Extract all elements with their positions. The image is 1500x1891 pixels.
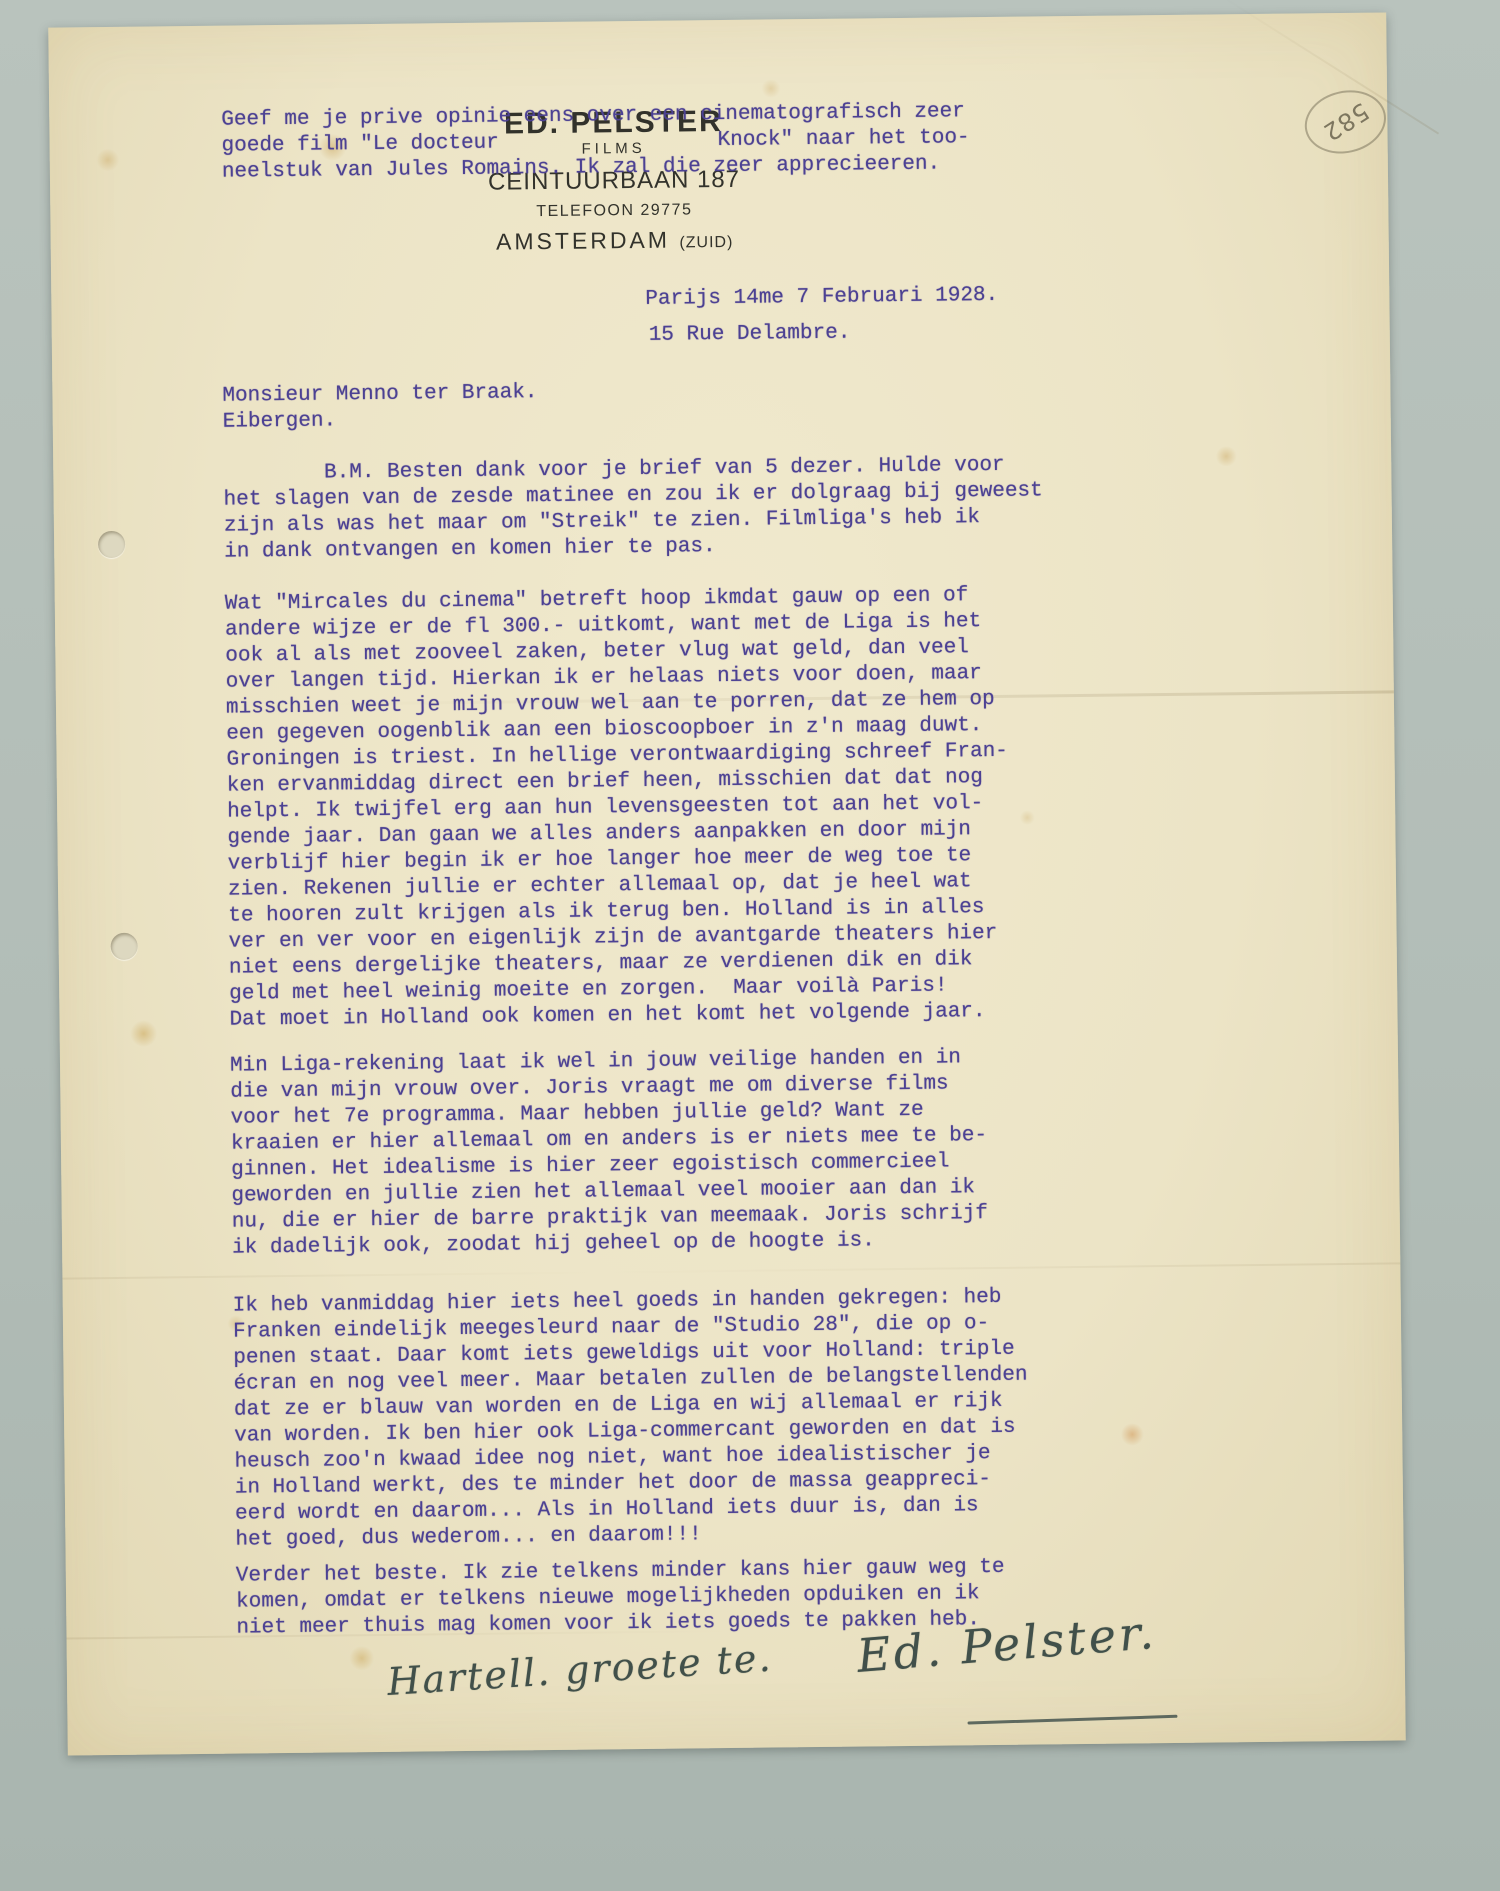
scan-background: 582 ED. PELSTER FILMS CEINTUURBAAN 187 T… bbox=[0, 0, 1500, 1891]
foxing-stain bbox=[96, 149, 120, 171]
letterhead-district: (ZUID) bbox=[679, 234, 733, 252]
recipient-address: Monsieur Menno ter Braak. Eibergen. bbox=[222, 380, 538, 436]
paper-crease bbox=[62, 1262, 1400, 1279]
letter-paper: 582 ED. PELSTER FILMS CEINTUURBAAN 187 T… bbox=[48, 12, 1406, 1755]
letterhead-phone: TELEFOON 29775 bbox=[432, 200, 796, 222]
closing-handwritten: Hartell. groete te. bbox=[386, 1635, 774, 1703]
body-paragraph-2: Wat "Mircales du cinema" betreft hoop ik… bbox=[225, 583, 1011, 1034]
dateline-place-date: Parijs 14me 7 Februari 1928. bbox=[645, 283, 998, 313]
typed-overflow-line-2-left: goede film "Le docteur bbox=[221, 131, 499, 160]
body-paragraph-4: Ik heb vanmiddag hier iets heel goeds in… bbox=[233, 1285, 1030, 1554]
punch-hole-bottom bbox=[111, 933, 138, 960]
foxing-stain bbox=[349, 1646, 375, 1670]
foxing-stain bbox=[1215, 446, 1237, 466]
foxing-stain bbox=[1120, 1423, 1144, 1445]
foxing-stain bbox=[761, 79, 781, 97]
signature-underline bbox=[968, 1715, 1178, 1725]
archive-number: 582 bbox=[1317, 97, 1373, 147]
typed-overflow-line-2-right: Knock" naar het too- bbox=[717, 125, 969, 154]
punch-hole-top bbox=[98, 531, 125, 558]
dateline-street: 15 Rue Delambre. bbox=[649, 321, 851, 349]
foxing-stain bbox=[1019, 810, 1035, 824]
letterhead-city: AMSTERDAM (ZUID) bbox=[433, 225, 797, 256]
body-paragraph-1: B.M. Besten dank voor je brief van 5 dez… bbox=[223, 452, 1043, 565]
body-paragraph-3: Min Liga-rekening laat ik wel in jouw ve… bbox=[230, 1045, 988, 1262]
foxing-stain bbox=[130, 1020, 158, 1046]
